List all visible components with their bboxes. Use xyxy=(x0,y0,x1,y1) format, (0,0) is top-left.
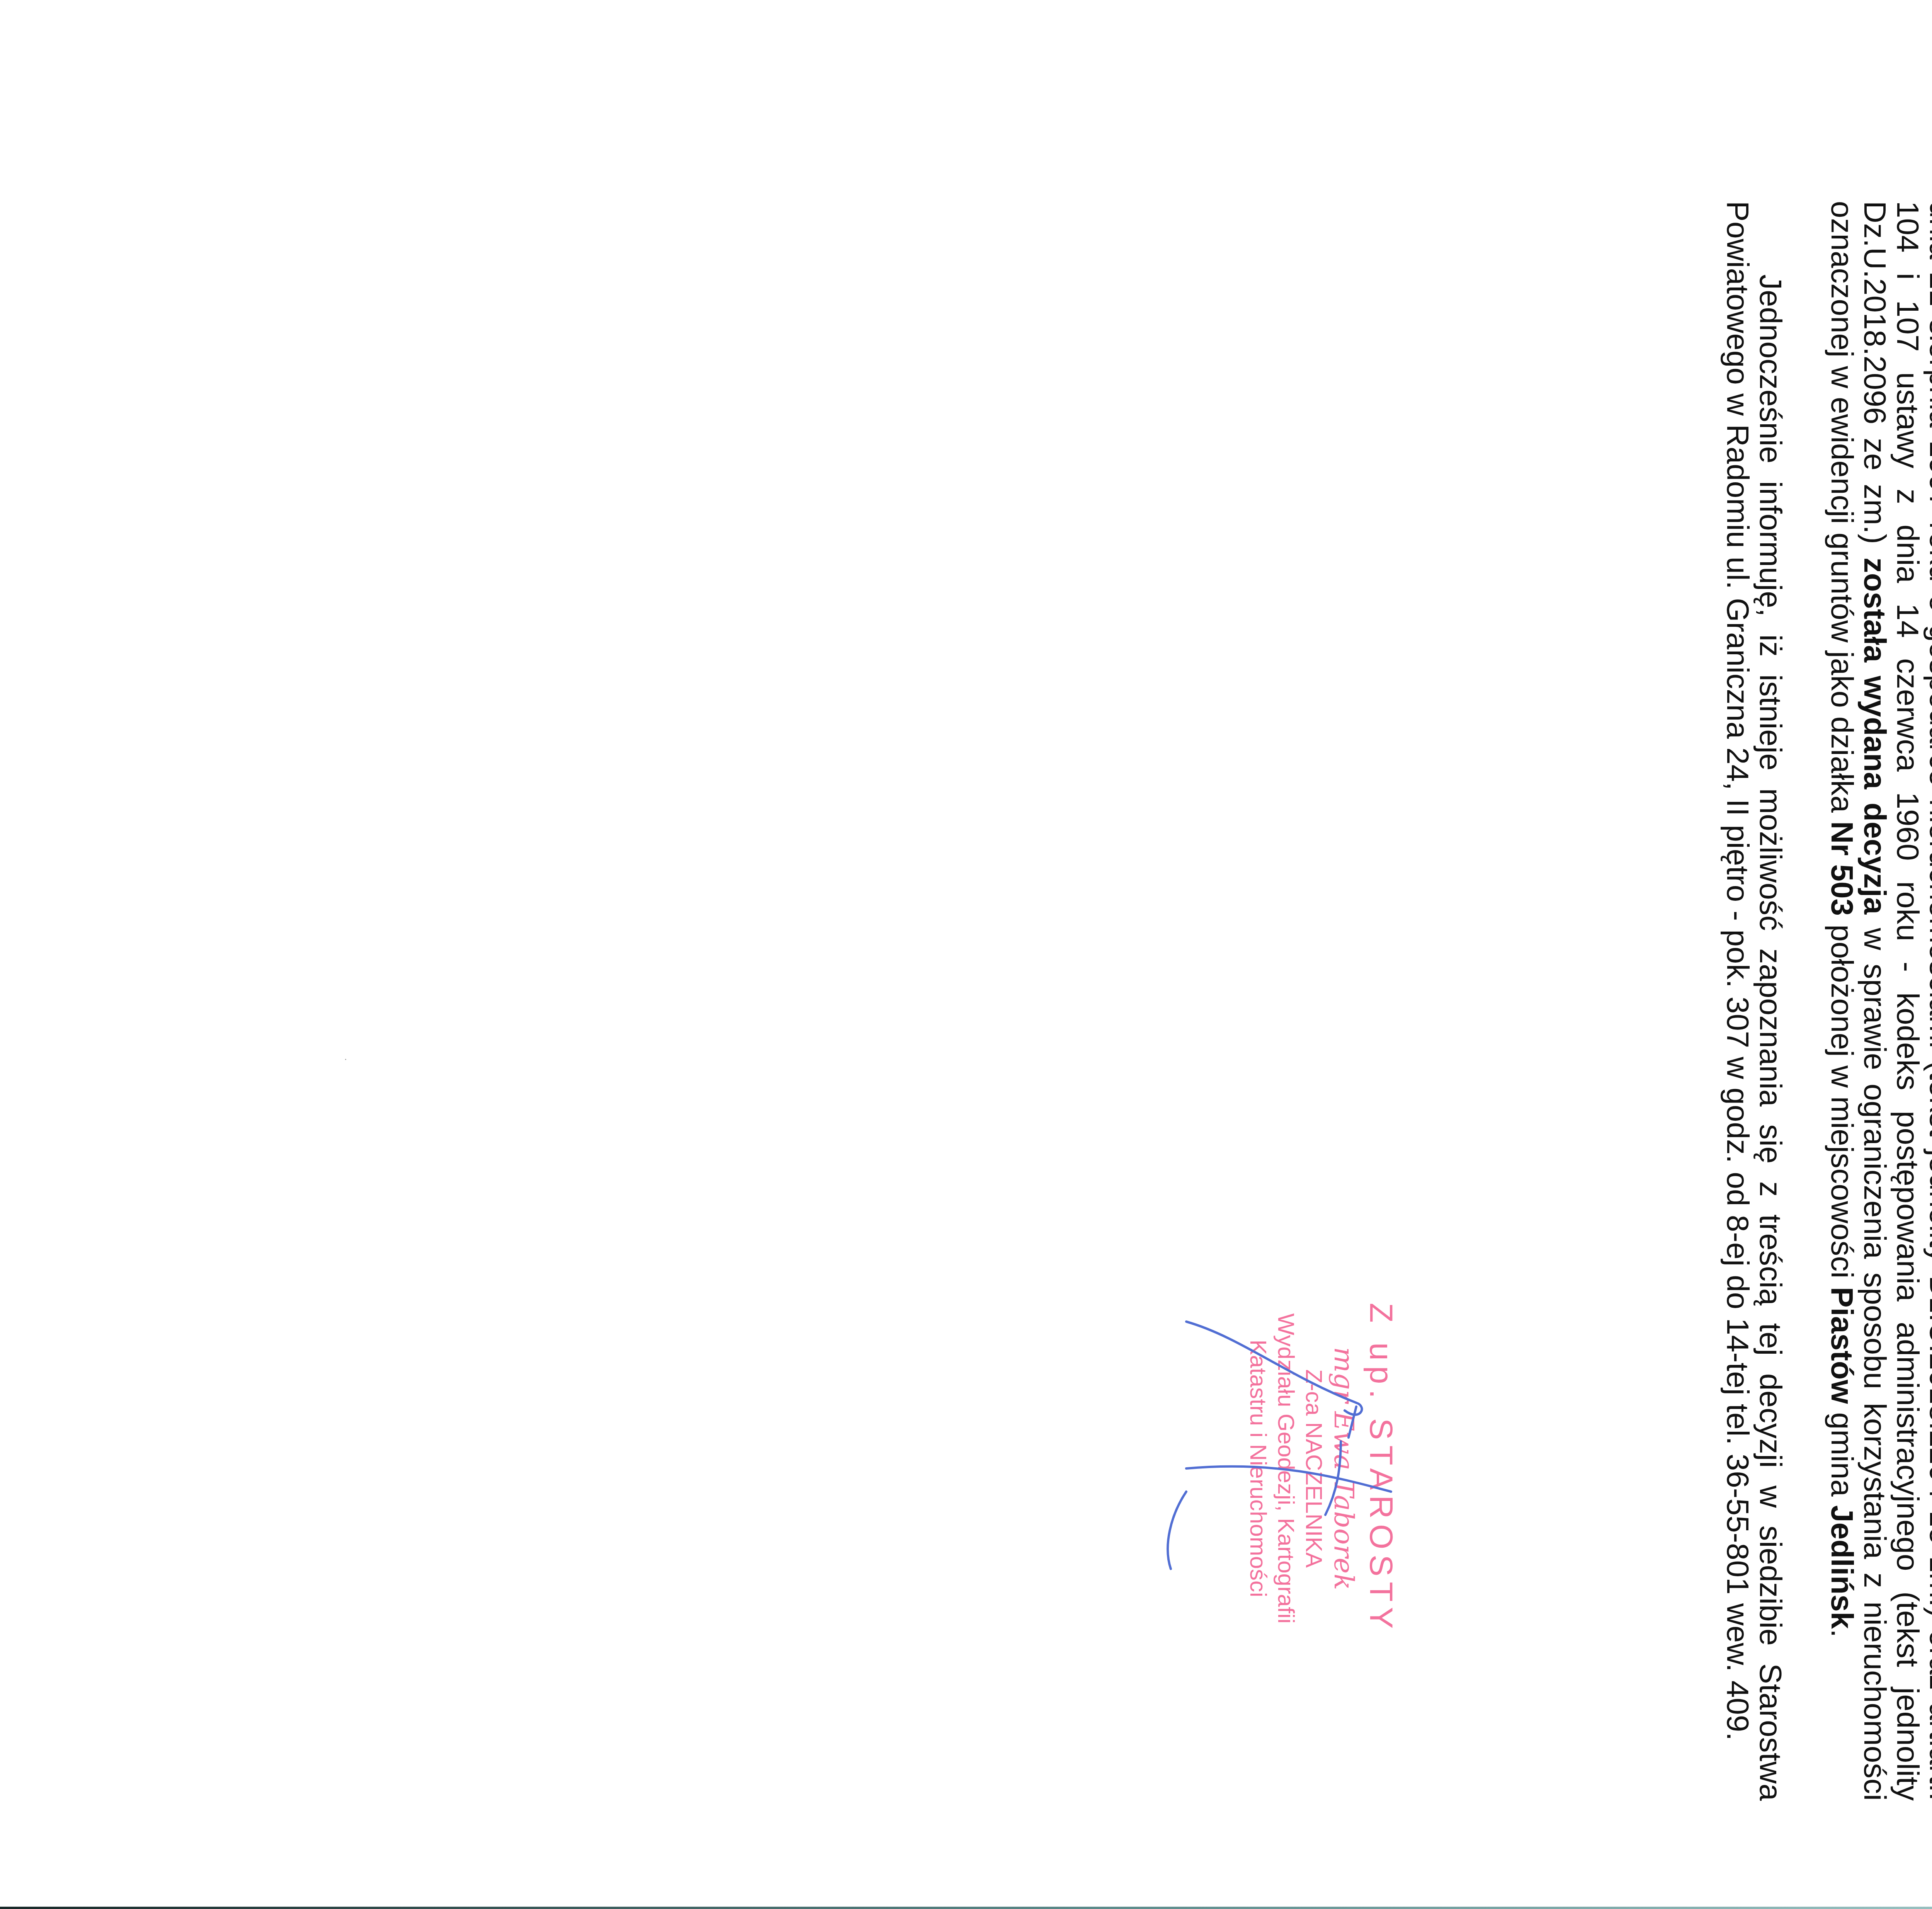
parcel-number: Nr 503 xyxy=(1825,821,1859,916)
paragraph-announcement: Starosta Radomski informuje, iż na podst… xyxy=(1826,201,1932,1801)
text-located: położonej w miejscowości xyxy=(1825,916,1859,1287)
text-decision-issued: została wydana decyzja xyxy=(1858,558,1892,914)
locality-name: Piastów xyxy=(1825,1287,1859,1404)
signature-stamp: Z up. STAROSTY mgr Ewa Taborek Z-ca NACZ… xyxy=(1244,1275,1403,1662)
text-commune: gmina xyxy=(1825,1404,1859,1505)
paragraph-information: Jednocześnie informuję, iż istnieje możl… xyxy=(1721,201,1787,1801)
document-page: STAROSTWO POWIATOWE w RADOMIU WYDZIAŁ GE… xyxy=(0,0,1932,1909)
commune-name: Jedlińsk xyxy=(1825,1505,1859,1629)
document-body: Starosta Radomski informuje, iż na podst… xyxy=(1683,201,1932,1801)
handwritten-signature-icon xyxy=(1132,1275,1403,1662)
text-period: . xyxy=(1825,1629,1859,1637)
